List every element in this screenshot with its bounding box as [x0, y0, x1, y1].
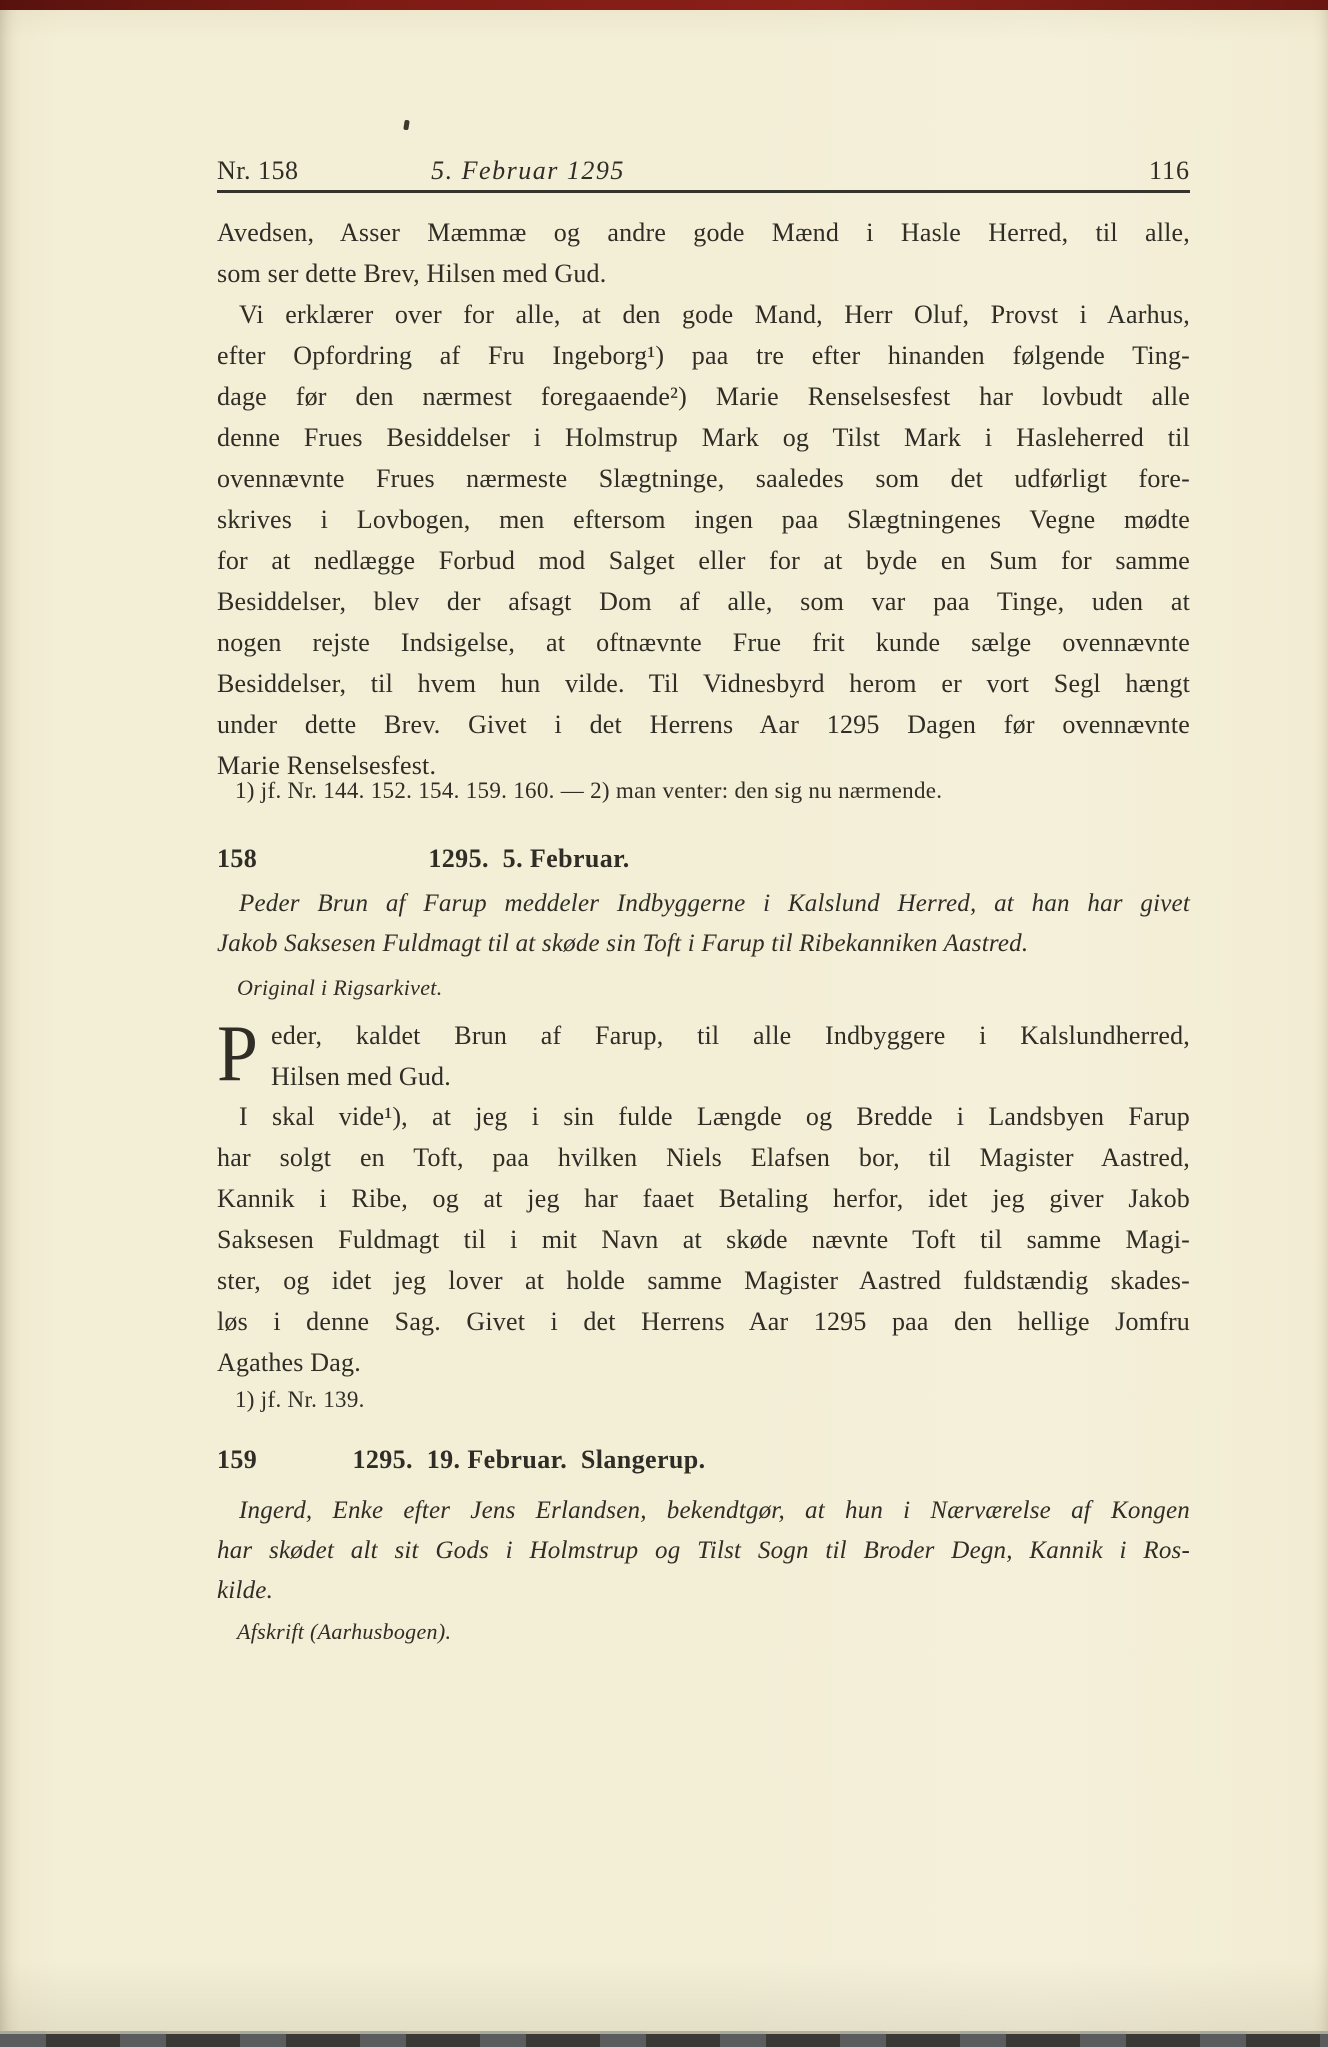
text-line: Hilsen med Gud. — [217, 1056, 1190, 1097]
header-rule — [217, 190, 1190, 193]
footnote-line: 1) jf. Nr. 144. 152. 154. 159. 160. — 2)… — [217, 776, 1190, 806]
entry-158-summary: Peder Brun af Farup meddeler Indbyggerne… — [217, 884, 1190, 964]
text-line: skrives i Lovbogen, men eftersom ingen p… — [217, 499, 1190, 540]
drop-cap-initial: P — [217, 1022, 257, 1086]
text-line: Saksesen Fuldmagt til i mit Navn at skød… — [217, 1219, 1190, 1260]
scan-bottom-edge — [0, 2031, 1328, 2047]
running-header-date: 5. Februar 1295 — [431, 150, 625, 191]
entry-number: 158 — [217, 838, 257, 879]
continued-entry-paragraph-1: Avedsen, Asser Mæmmæ og andre gode Mænd … — [217, 212, 1190, 294]
text-line: under dette Brev. Givet i det Herrens Aa… — [217, 704, 1190, 745]
text-line: Avedsen, Asser Mæmmæ og andre gode Mænd … — [217, 212, 1190, 253]
text-line: dage før den nærmest foregaaende²) Marie… — [217, 376, 1190, 417]
text-line: Besiddelser, blev der afsagt Dom af alle… — [217, 581, 1190, 622]
continued-entry-text: Avedsen, Asser Mæmmæ og andre gode Mænd … — [217, 212, 1190, 786]
text-line: har solgt en Toft, paa hvilken Niels Ela… — [217, 1137, 1190, 1178]
entry-number: 159 — [217, 1439, 257, 1480]
entry-159-heading: 159 1295. 19. Februar. Slangerup. — [217, 1439, 1190, 1480]
text-line: efter Opfordring af Fru Ingeborg¹) paa t… — [217, 335, 1190, 376]
entry-158-heading: 158 1295. 5. Februar. — [217, 838, 1190, 879]
text-line: Kannik i Ribe, og at jeg har faaet Betal… — [217, 1178, 1190, 1219]
entry-159-source: Afskrift (Aarhusbogen). — [217, 1617, 1190, 1647]
text-line: Agathes Dag. — [217, 1342, 1190, 1383]
entry-158-source: Original i Rigsarkivet. — [217, 973, 1190, 1003]
text-line: ovennævnte Frues nærmeste Slægtninge, sa… — [217, 458, 1190, 499]
text-line: har skødet alt sit Gods i Holmstrup og T… — [217, 1531, 1190, 1571]
text-line: Peder Brun af Farup meddeler Indbyggerne… — [217, 884, 1190, 924]
text-line: denne Frues Besiddelser i Holmstrup Mark… — [217, 417, 1190, 458]
entry-159-summary: Ingerd, Enke efter Jens Erlandsen, beken… — [217, 1491, 1190, 1611]
text-line: kilde. — [217, 1571, 1190, 1611]
running-header: Nr. 158 5. Februar 1295 116 — [217, 150, 1190, 191]
entry-158-opening: P eder, kaldet Brun af Farup, til alle I… — [217, 1015, 1190, 1097]
page-number: 116 — [1149, 150, 1190, 191]
text-line: I skal vide¹), at jeg i sin fulde Længde… — [217, 1096, 1190, 1137]
text-line: eder, kaldet Brun af Farup, til alle Ind… — [217, 1015, 1190, 1056]
continued-entry-paragraph-2: Vi erklærer over for alle, at den gode M… — [217, 294, 1190, 786]
text-line: løs i denne Sag. Givet i det Herrens Aar… — [217, 1301, 1190, 1342]
page-text-block: Nr. 158 5. Februar 1295 116 Avedsen, Ass… — [217, 0, 1190, 2047]
text-line: Besiddelser, til hvem hun vilde. Til Vid… — [217, 663, 1190, 704]
book-page-scan: Nr. 158 5. Februar 1295 116 Avedsen, Ass… — [0, 0, 1328, 2047]
entry-158-body: I skal vide¹), at jeg i sin fulde Længde… — [217, 1096, 1190, 1383]
footnote-line: 1) jf. Nr. 139. — [217, 1385, 1190, 1415]
text-line: nogen rejste Indsigelse, at oftnævnte Fr… — [217, 622, 1190, 663]
entry-date-heading: 1295. 19. Februar. Slangerup. — [352, 1439, 705, 1480]
text-line: som ser dette Brev, Hilsen med Gud. — [217, 253, 1190, 294]
text-line: Ingerd, Enke efter Jens Erlandsen, beken… — [217, 1491, 1190, 1531]
text-line: Vi erklærer over for alle, at den gode M… — [217, 294, 1190, 335]
entry-date-heading: 1295. 5. Februar. — [428, 838, 629, 879]
text-line: Jakob Saksesen Fuldmagt til at skøde sin… — [217, 924, 1190, 964]
text-line: for at nedlægge Forbud mod Salget eller … — [217, 540, 1190, 581]
text-line: ster, og idet jeg lover at holde samme M… — [217, 1260, 1190, 1301]
running-header-entry-number: Nr. 158 — [217, 150, 299, 191]
